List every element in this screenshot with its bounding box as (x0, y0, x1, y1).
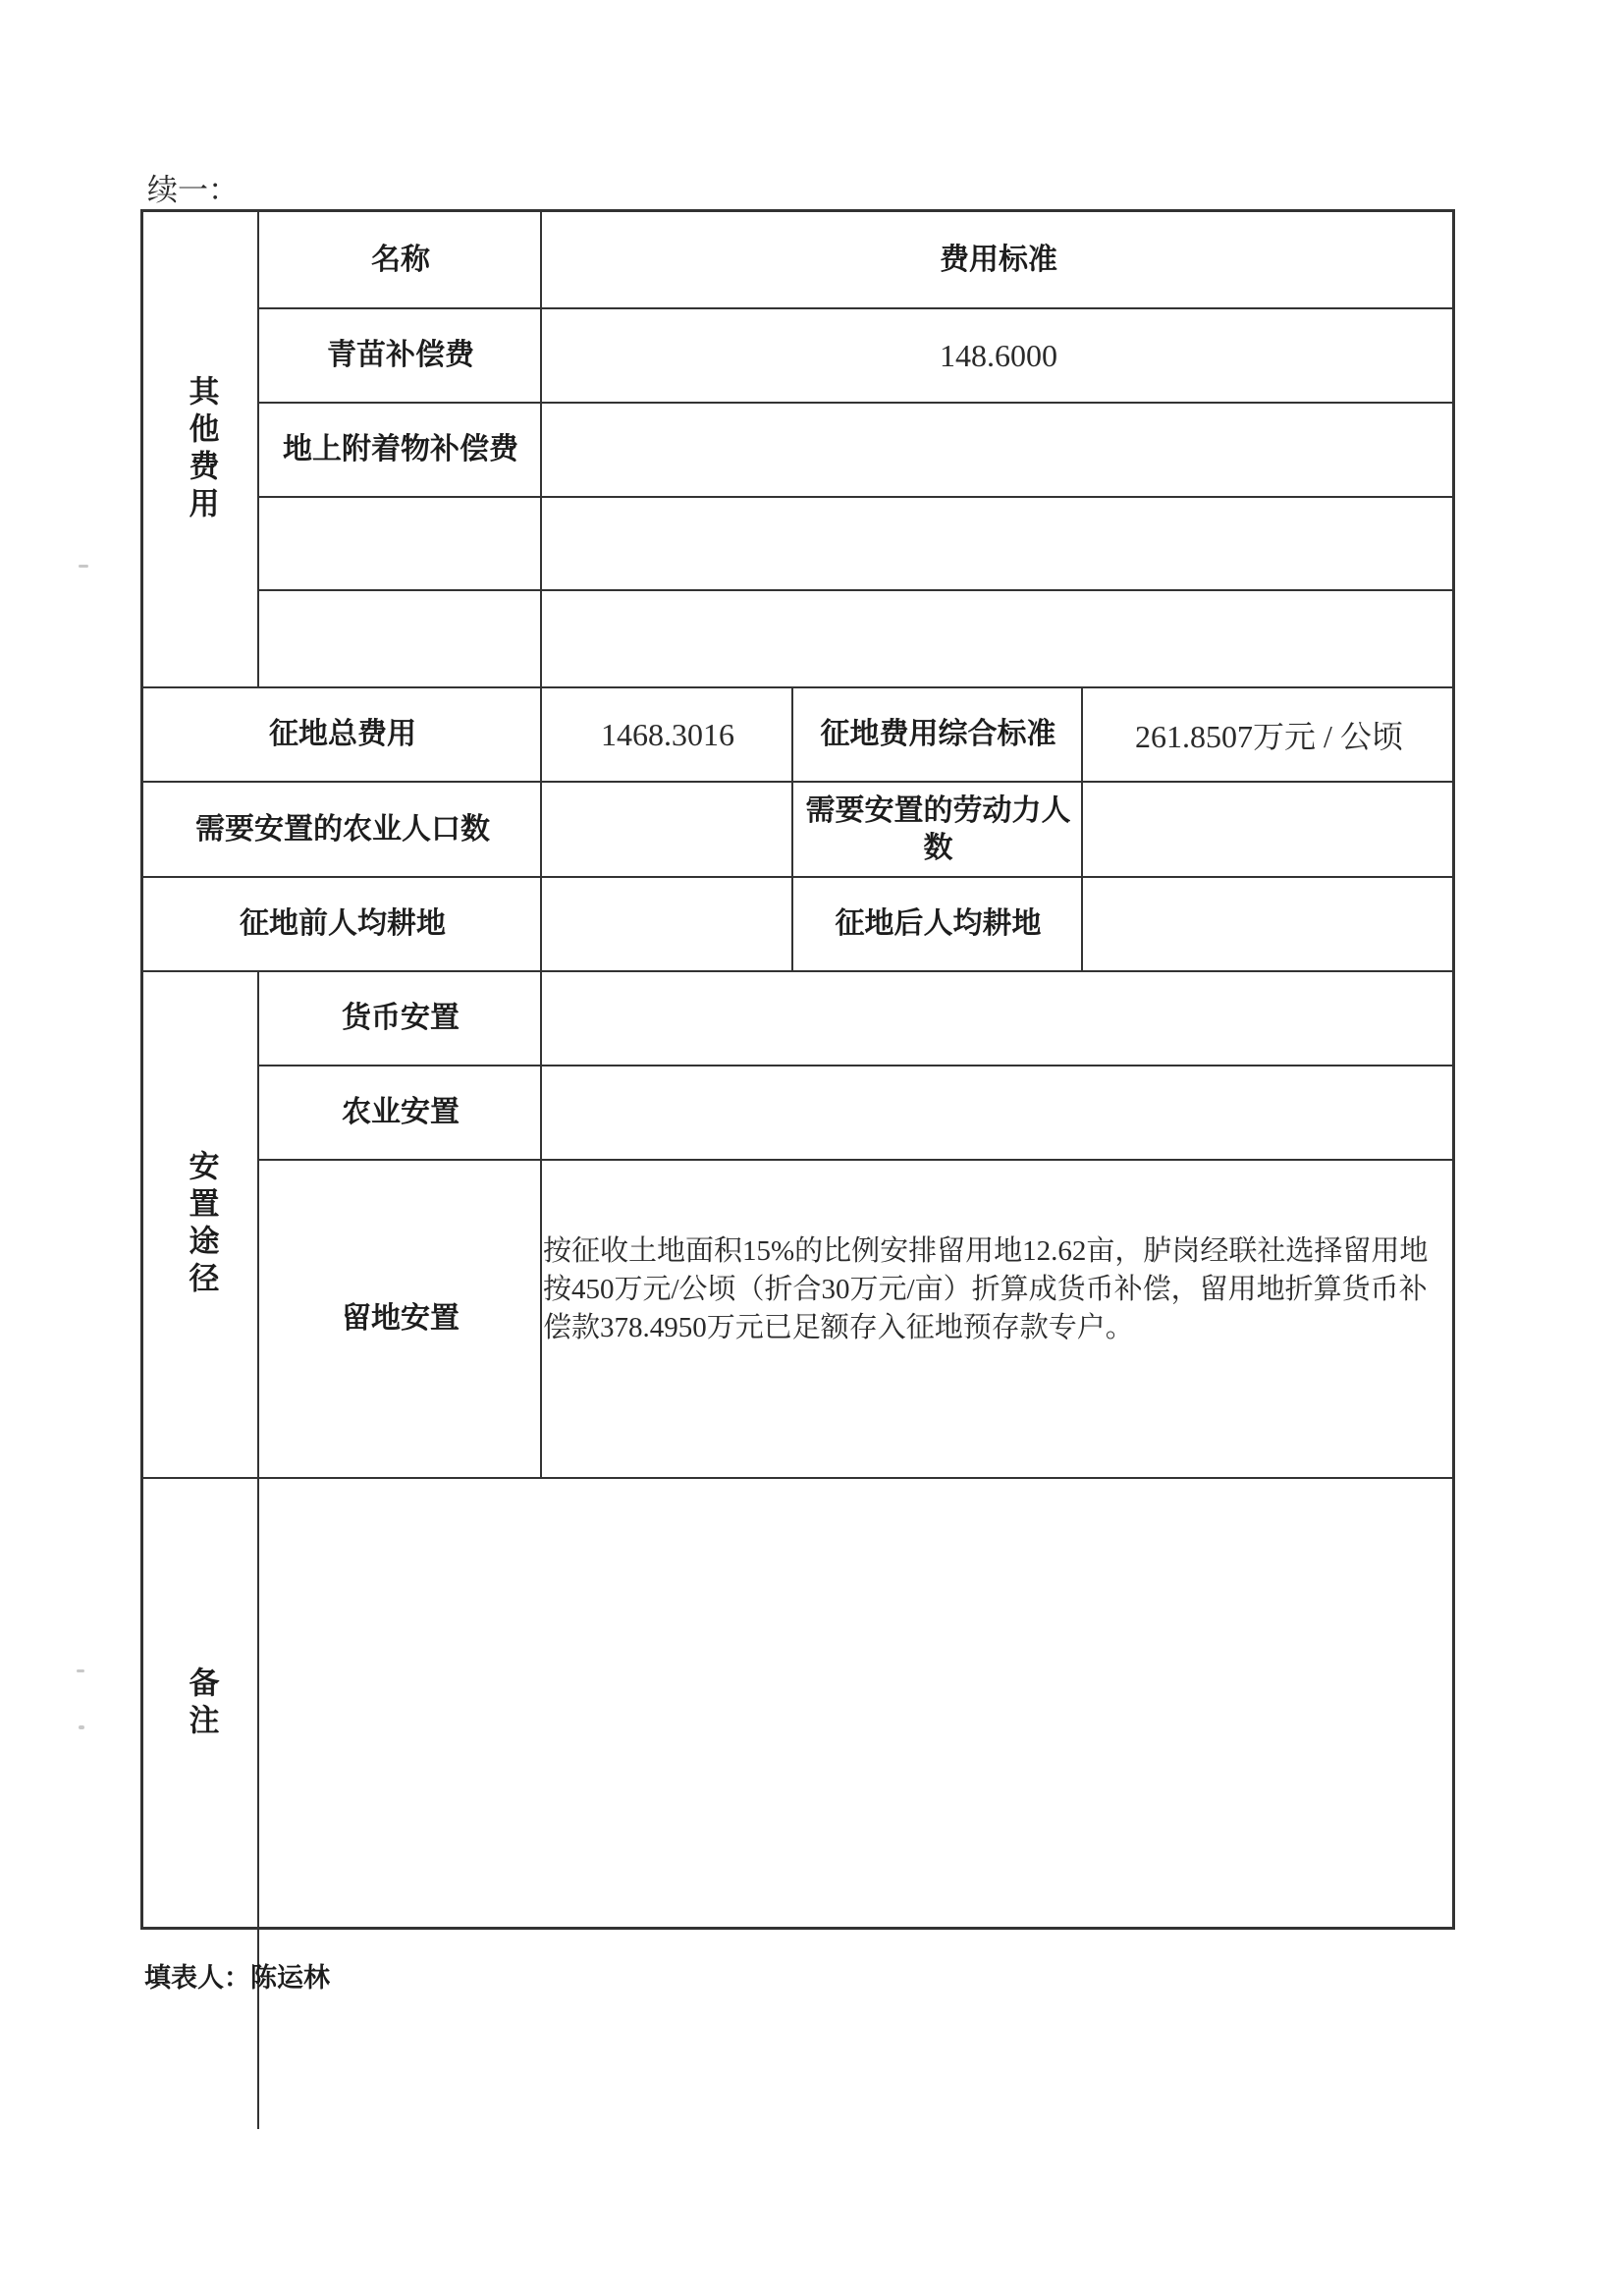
total-fee-label: 征地总费用 (269, 716, 416, 753)
farmland-after-value-cell (1083, 877, 1455, 971)
header-name-cell: 名称 (259, 212, 542, 308)
fee-row-name-cell: 地上附着物补偿费 (259, 403, 542, 497)
remarks-label-cell: 备注 (143, 1478, 259, 1930)
farmland-before-label: 征地前人均耕地 (240, 905, 446, 943)
labor-count-value-cell (1083, 782, 1455, 877)
resettlement-section-label: 安置途径 (180, 1150, 224, 1299)
composite-standard-label: 征地费用综合标准 (821, 716, 1056, 753)
fee-row-standard-cell (542, 403, 1455, 497)
composite-standard-label-cell: 征地费用综合标准 (793, 687, 1083, 782)
composite-standard-value: 261.8507万元 / 公顷 (1135, 712, 1403, 757)
resettlement-row-content-cell (542, 1066, 1455, 1160)
land-acquisition-fee-table: 其他费用 名称 费用标准 青苗补偿费 148.6000 地上附着物补偿费 征地总… (140, 209, 1455, 1930)
other-fees-section-label-cell: 其他费用 (143, 212, 259, 687)
other-fees-section-label: 其他费用 (180, 375, 224, 524)
resettlement-row-name: 农业安置 (342, 1094, 460, 1131)
reserved-land-resettlement-text: 按征收土地面积15%的比例安排留用地12.62亩，胪岗经联社选择留用地按450万… (543, 1232, 1441, 1347)
fee-row-name: 地上附着物补偿费 (283, 431, 518, 468)
resettlement-row-name-cell: 农业安置 (259, 1066, 542, 1160)
agri-population-value-cell (542, 782, 793, 877)
agri-population-label-cell: 需要安置的农业人口数 (143, 782, 542, 877)
fee-row-name-cell: 青苗补偿费 (259, 308, 542, 403)
page-title: 续一： (147, 165, 239, 209)
resettlement-section-label-cell: 安置途径 (143, 971, 259, 1478)
filled-by: 填表人：陈运林 (144, 1956, 330, 1995)
fee-row-standard-cell: 148.6000 (542, 308, 1455, 403)
farmland-after-label: 征地后人均耕地 (836, 905, 1042, 943)
farmland-before-value-cell (542, 877, 793, 971)
header-standard-cell: 费用标准 (542, 212, 1455, 308)
resettlement-row-name-cell: 留地安置 (259, 1160, 542, 1478)
header-name: 名称 (371, 242, 430, 279)
labor-count-label: 需要安置的劳动力人数 (805, 793, 1071, 866)
fee-row-standard-cell (542, 497, 1455, 590)
fee-row-name-cell (259, 590, 542, 687)
remarks-content-cell (259, 1478, 1455, 1930)
scan-speck (79, 1725, 84, 1729)
agri-population-label: 需要安置的农业人口数 (195, 811, 490, 848)
resettlement-row-name: 留地安置 (342, 1300, 460, 1338)
fee-row-name-cell (259, 497, 542, 590)
resettlement-row-content-cell (542, 971, 1455, 1066)
fee-row-standard-cell (542, 590, 1455, 687)
fee-row-standard: 148.6000 (940, 338, 1057, 374)
total-fee-value-cell: 1468.3016 (542, 687, 793, 782)
scan-speck (79, 565, 88, 568)
scan-speck (77, 1669, 84, 1672)
farmland-after-label-cell: 征地后人均耕地 (793, 877, 1083, 971)
header-standard: 费用标准 (940, 242, 1057, 279)
total-fee-value: 1468.3016 (601, 717, 734, 753)
resettlement-row-name: 货币安置 (342, 1000, 460, 1037)
remarks-label: 备注 (180, 1667, 224, 1741)
labor-count-label-cell: 需要安置的劳动力人数 (793, 782, 1083, 877)
total-fee-label-cell: 征地总费用 (143, 687, 542, 782)
farmland-before-label-cell: 征地前人均耕地 (143, 877, 542, 971)
fee-row-name: 青苗补偿费 (327, 337, 474, 374)
composite-standard-value-cell: 261.8507万元 / 公顷 (1083, 687, 1455, 782)
resettlement-row-name-cell: 货币安置 (259, 971, 542, 1066)
